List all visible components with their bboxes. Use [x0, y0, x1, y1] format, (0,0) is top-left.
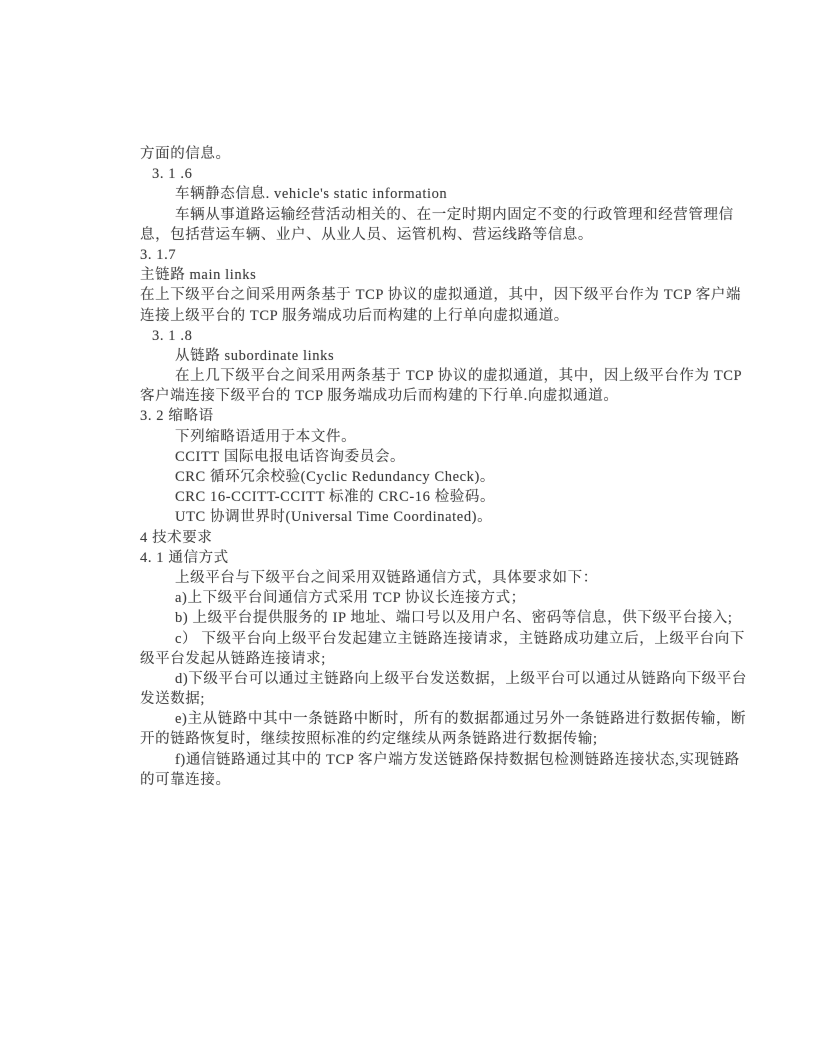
text-line: 从链路 subordinate links: [140, 346, 684, 366]
text-line: f)通信链路通过其中的 TCP 客户端方发送链路保持数据包检测链路连接状态,实现…: [140, 750, 684, 770]
text-line: UTC 协调世界时(Universal Time Coordinated)。: [140, 507, 684, 527]
text-line: 连接上级平台的 TCP 服务端成功后而构建的上行单向虚拟通道。: [140, 306, 684, 326]
text-line: d)下级平台可以通过主链路向上级平台发送数据，上级平台可以通过从链路向下级平台: [140, 669, 684, 689]
text-line: 客户端连接下级平台的 TCP 服务端成功后而构建的下行单.向虚拟通道。: [140, 386, 684, 406]
text-line: 在上几下级平台之间采用两条基于 TCP 协议的虚拟通道，其中，因上级平台作为 T…: [140, 366, 684, 386]
text-line: 级平台发起从链路连接请求;: [140, 649, 684, 669]
text-line: 上级平台与下级平台之间采用双链路通信方式，具体要求如下：: [140, 568, 684, 588]
text-line: 3. 1 .6: [140, 164, 684, 184]
text-line: b) 上级平台提供服务的 IP 地址、端口号以及用户名、密码等信息，供下级平台接…: [140, 608, 684, 628]
text-line: 发送数据;: [140, 689, 684, 709]
text-line: 3. 1 .8: [140, 326, 684, 346]
text-line: 开的链路恢复时，继续按照标准的约定继续从两条链路进行数据传输;: [140, 729, 684, 749]
text-line: e)主从链路中其中一条链路中断时，所有的数据都通过另外一条链路进行数据传输，断: [140, 709, 684, 729]
text-line: 车辆静态信息. vehicle's static information: [140, 184, 684, 204]
text-line: 4 技术要求: [140, 528, 684, 548]
text-line: 息，包括营运车辆、业户、从业人员、运管机构、营运线路等信息。: [140, 225, 684, 245]
text-line: 的可靠连接。: [140, 770, 684, 790]
document-text-block: 方面的信息。3. 1 .6车辆静态信息. vehicle's static in…: [140, 144, 684, 790]
text-line: CRC 16-CCITT-CCITT 标准的 CRC-16 检验码。: [140, 487, 684, 507]
text-line: 4. 1 通信方式: [140, 548, 684, 568]
text-line: a)上下级平台间通信方式采用 TCP 协议长连接方式；: [140, 588, 684, 608]
text-line: 方面的信息。: [140, 144, 684, 164]
text-line: 主链路 main links: [140, 265, 684, 285]
text-line: CCITT 国际电报电话咨询委员会。: [140, 447, 684, 467]
text-line: 车辆从事道路运输经营活动相关的、在一定时期内固定不变的行政管理和经营管理信: [140, 205, 684, 225]
text-line: CRC 循环冗余校验(Cyclic Redundancy Check)。: [140, 467, 684, 487]
text-line: 3. 2 缩略语: [140, 406, 684, 426]
text-line: 3. 1.7: [140, 245, 684, 265]
text-line: c） 下级平台向上级平台发起建立主链路连接请求，主链路成功建立后，上级平台向下: [140, 629, 684, 649]
text-line: 下列缩略语适用于本文件。: [140, 427, 684, 447]
document-page: 方面的信息。3. 1 .6车辆静态信息. vehicle's static in…: [0, 0, 816, 1056]
text-line: 在上下级平台之间采用两条基于 TCP 协议的虚拟通道，其中，因下级平台作为 TC…: [140, 285, 684, 305]
